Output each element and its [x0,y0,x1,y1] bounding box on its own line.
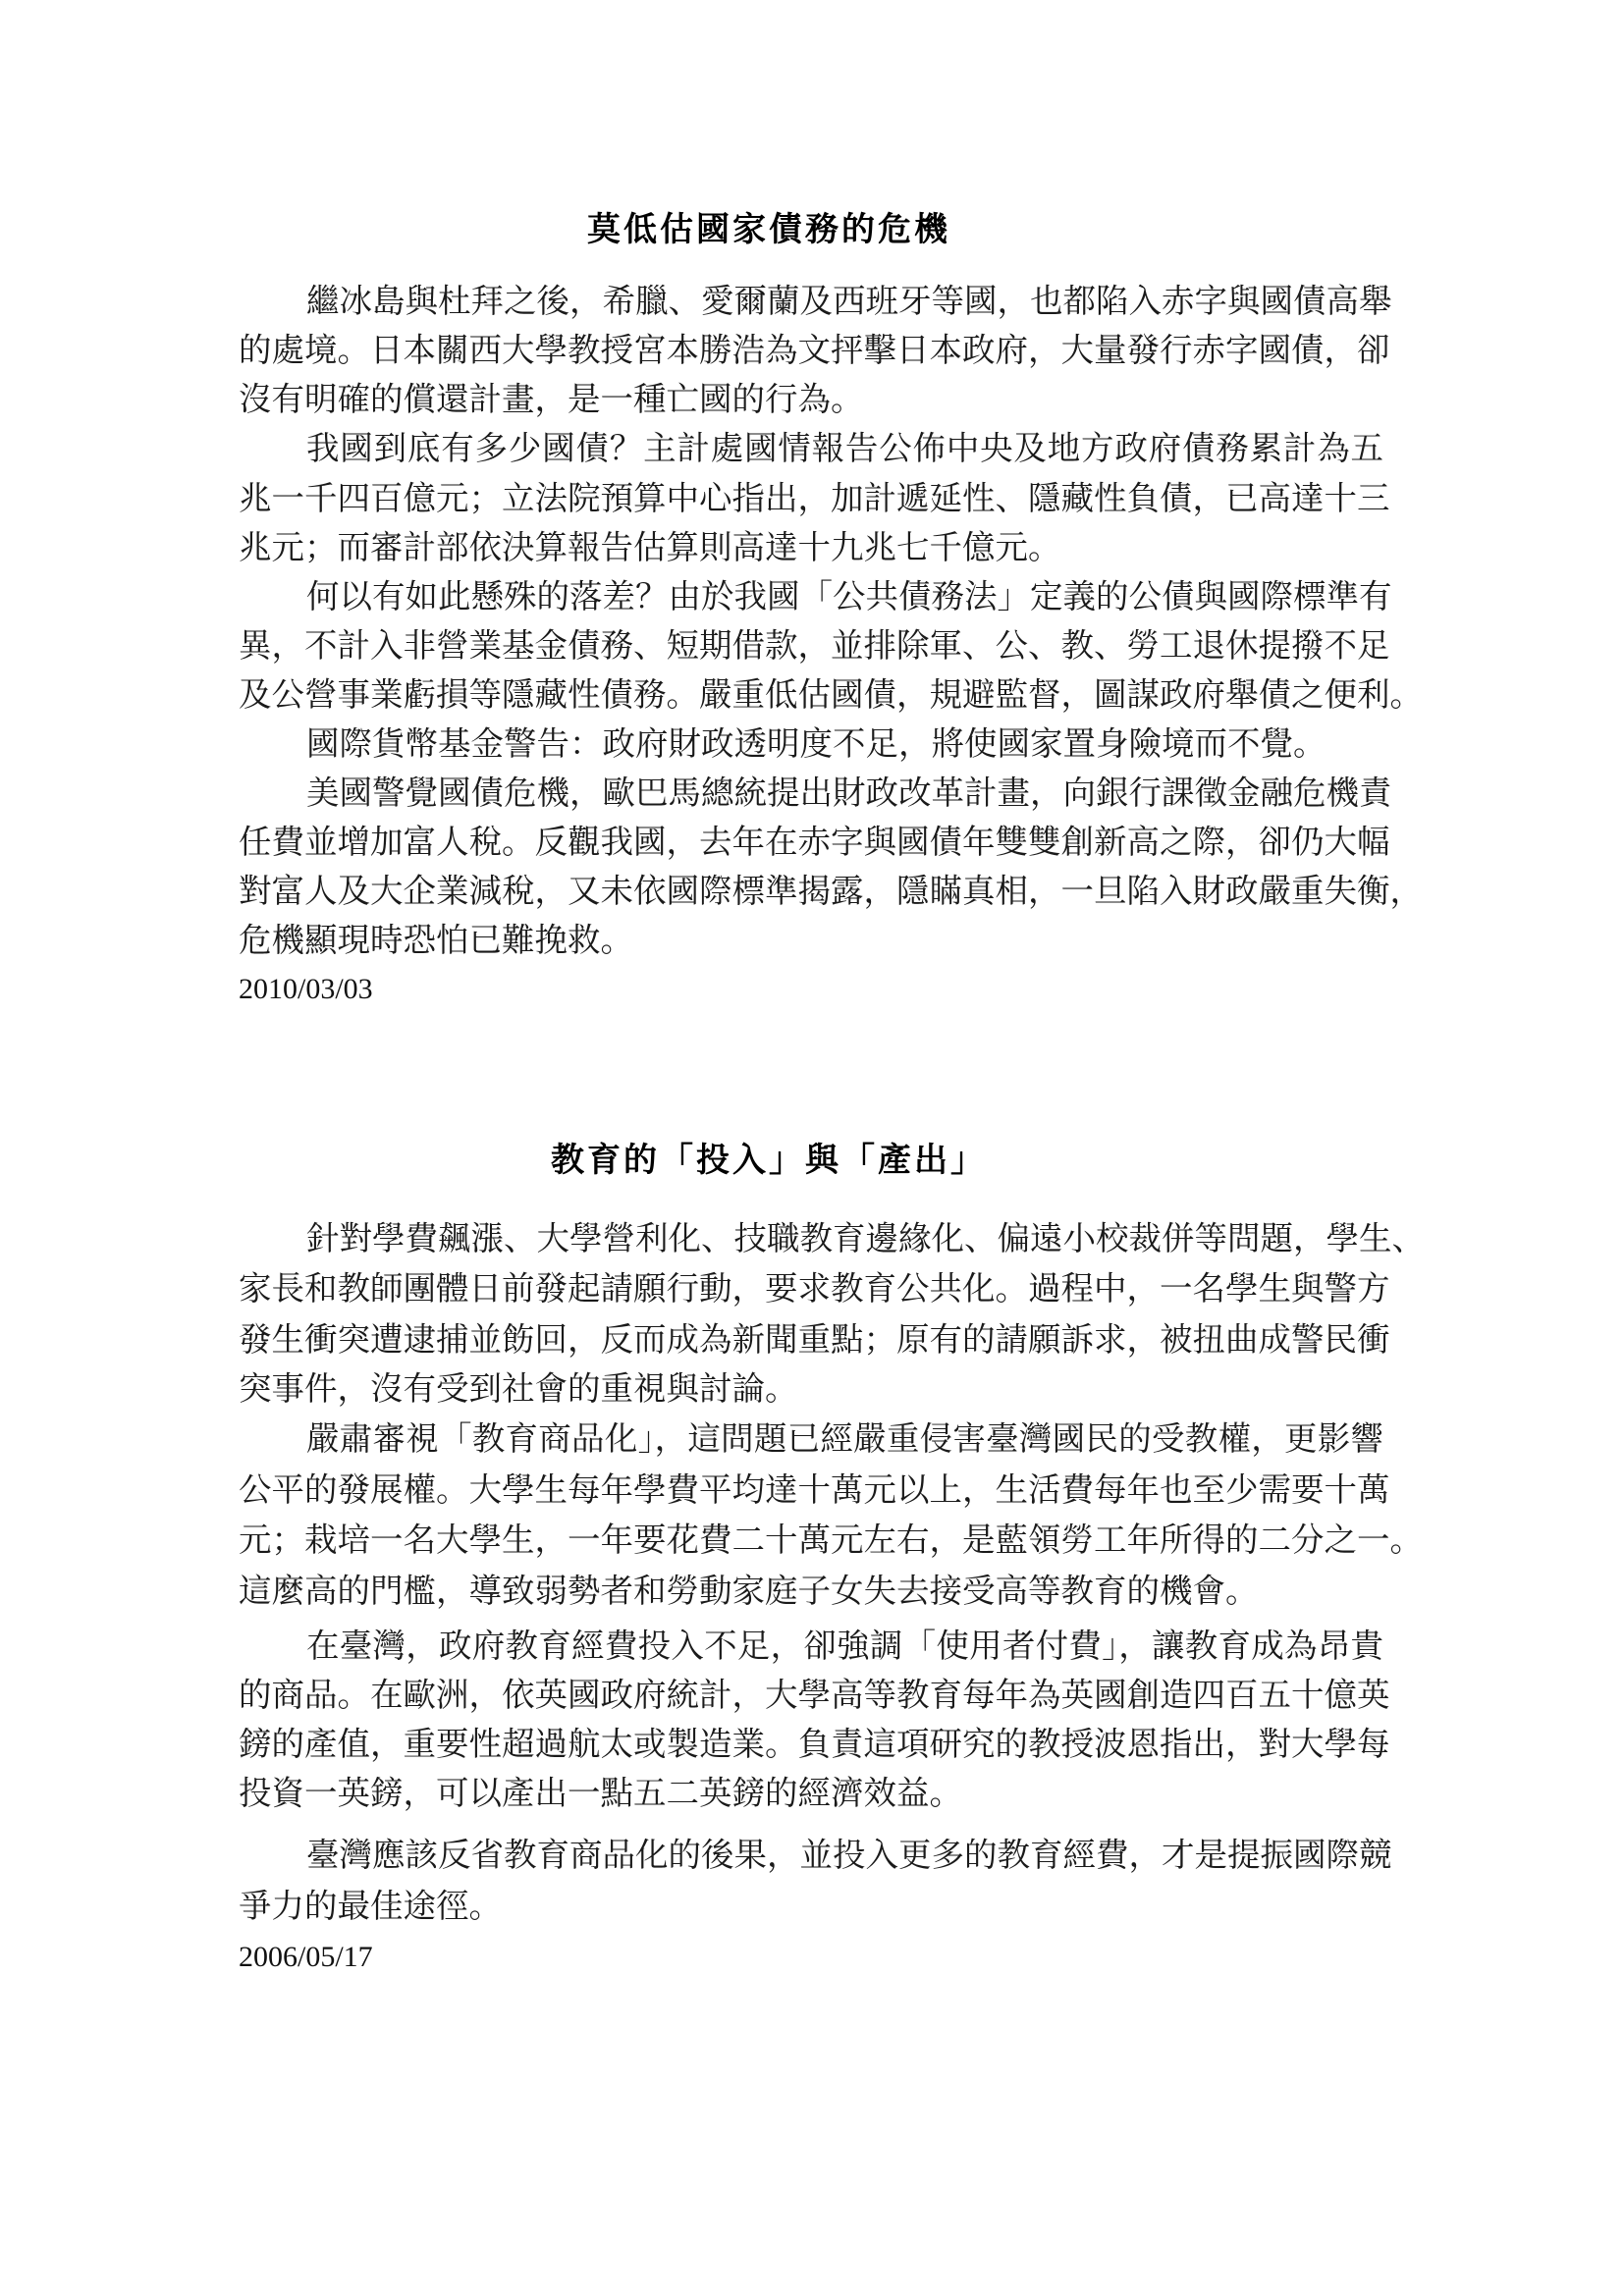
paragraph-line: 在臺灣，政府教育經費投入不足，卻強調「使用者付費」，讓教育成為昂貴 [306,1627,1383,1676]
paragraph-line: 兆元；而審計部依決算報告估算則高達十九兆七千億元。 [239,528,1383,577]
article-title: 教育的「投入」與「產出」 [239,1141,1299,1180]
paragraph-line: 危機顯現時恐怕已難挽救。 [239,921,1383,970]
paragraph-line: 鎊的產值，重要性超過航太或製造業。負責這項研究的教授波恩指出，對大學每 [239,1725,1383,1774]
paragraph-line: 國際貨幣基金警告：政府財政透明度不足，將使國家置身險境而不覺。 [306,724,1383,774]
paragraph-line: 的處境。日本關西大學教授宮本勝浩為文抨擊日本政府，大量發行赤字國債，卻 [239,331,1383,380]
article-title: 莫低估國家債務的危機 [239,210,1299,249]
paragraph-line: 這麼高的門檻，導致弱勢者和勞動家庭子女失去接受高等教育的機會。 [239,1572,1383,1621]
article-date: 2010/03/03 [239,972,373,1007]
paragraph-line: 我國到底有多少國債？主計處國情報告公佈中央及地方政府債務累計為五 [306,429,1383,478]
paragraph-line: 兆一千四百億元；立法院預算中心指出，加計遞延性、隱藏性負債，已高達十三 [239,479,1383,528]
document-page: 莫低估國家債務的危機 繼冰島與杜拜之後，希臘、愛爾蘭及西班牙等國，也都陷入赤字與… [0,0,1624,2296]
paragraph-line: 及公營事業虧損等隱藏性債務。嚴重低估國債，規避監督，圖謀政府舉債之便利。 [239,675,1383,724]
paragraph-line: 針對學費飆漲、大學營利化、技職教育邊緣化、偏遠小校裁併等問題，學生、 [306,1219,1383,1268]
paragraph-line: 繼冰島與杜拜之後，希臘、愛爾蘭及西班牙等國，也都陷入赤字與國債高舉 [306,282,1383,331]
paragraph-line: 爭力的最佳途徑。 [239,1887,1383,1936]
paragraph-line: 美國警覺國債危機，歐巴馬總統提出財政改革計畫，向銀行課徵金融危機責 [306,774,1383,823]
paragraph-line: 何以有如此懸殊的落差？由於我國「公共債務法」定義的公債與國際標準有 [306,577,1383,626]
paragraph-line: 投資一英鎊，可以產出一點五二英鎊的經濟效益。 [239,1774,1383,1823]
paragraph-line: 異，不計入非營業基金債務、短期借款，並排除軍、公、教、勞工退休提撥不足 [239,626,1383,675]
paragraph-line: 突事件，沒有受到社會的重視與討論。 [239,1369,1383,1418]
paragraph-line: 沒有明確的償還計畫，是一種亡國的行為。 [239,380,1383,429]
paragraph-line: 公平的發展權。大學生每年學費平均達十萬元以上，生活費每年也至少需要十萬 [239,1470,1383,1520]
paragraph-line: 臺灣應該反省教育商品化的後果，並投入更多的教育經費，才是提振國際競 [306,1836,1383,1885]
article-date: 2006/05/17 [239,1940,373,1975]
paragraph-line: 嚴肅審視「教育商品化」，這問題已經嚴重侵害臺灣國民的受教權，更影響 [306,1419,1383,1468]
paragraph-line: 家長和教師團體日前發起請願行動，要求教育公共化。過程中，一名學生與警方 [239,1269,1383,1318]
paragraph-line: 元；栽培一名大學生，一年要花費二十萬元左右，是藍領勞工年所得的二分之一。 [239,1521,1383,1570]
paragraph-line: 對富人及大企業減稅，又未依國際標準揭露，隱瞞真相，一旦陷入財政嚴重失衡， [239,872,1383,921]
paragraph-line: 的商品。在歐洲，依英國政府統計，大學高等教育每年為英國創造四百五十億英 [239,1676,1383,1725]
paragraph-line: 任費並增加富人稅。反觀我國，去年在赤字與國債年雙雙創新高之際，卻仍大幅 [239,823,1383,872]
paragraph-line: 發生衝突遭逮捕並飭回，反而成為新聞重點；原有的請願訴求，被扭曲成警民衝 [239,1320,1383,1369]
